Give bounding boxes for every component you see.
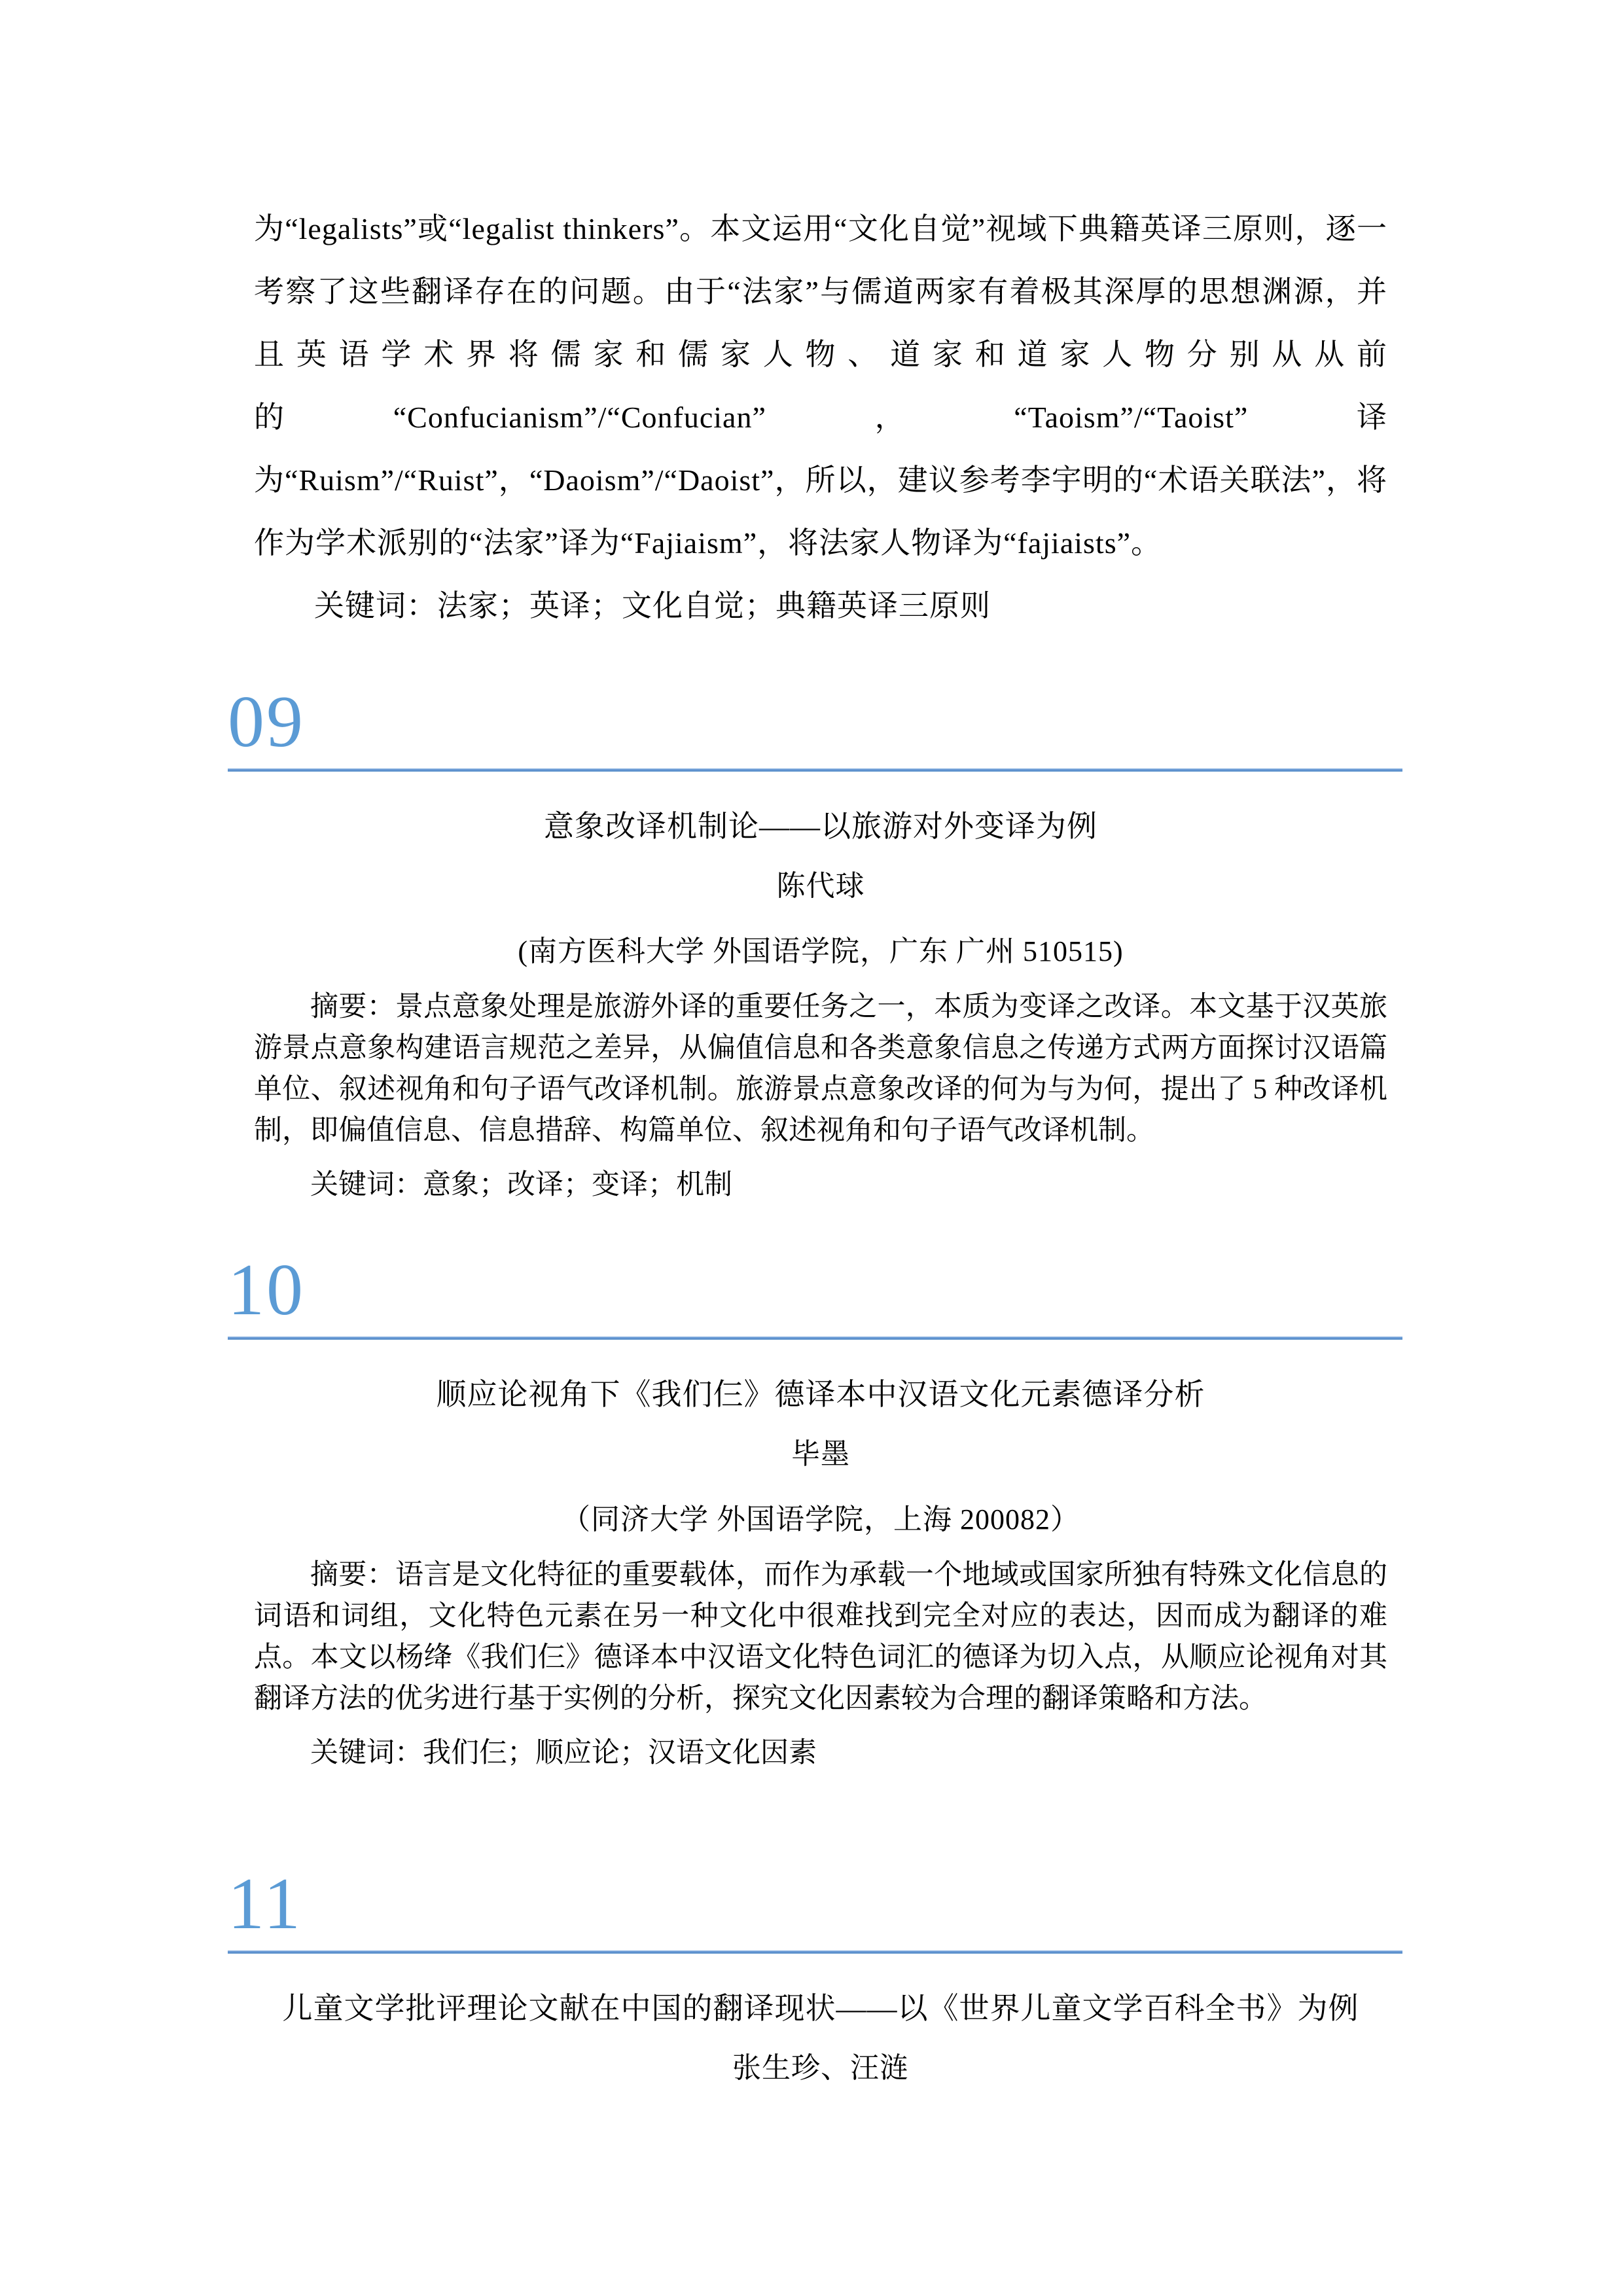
intro-paragraph: 为“legalists”或“legalist thinkers”。本文运用“文化… <box>254 198 1387 575</box>
entry-10: 10 顺应论视角下《我们仨》德译本中汉语文化元素德译分析 毕墨 （同济大学 外国… <box>228 1251 1402 1774</box>
entry-abstract: 摘要：景点意象处理是旅游外译的重要任务之一，本质为变译之改译。本文基于汉英旅游景… <box>254 986 1387 1151</box>
entry-title: 儿童文学批评理论文献在中国的翻译现状——以《世界儿童文学百科全书》为例 <box>254 1992 1387 2026</box>
entry-authors: 毕墨 <box>254 1438 1387 1471</box>
entry-keywords: 关键词：我们仨；顺应论；汉语文化因素 <box>254 1732 1387 1774</box>
section-rule <box>228 1950 1402 1954</box>
entry-authors: 陈代球 <box>254 870 1387 903</box>
section-number-10: 10 <box>228 1251 1402 1329</box>
entry-keywords: 关键词：意象；改译；变译；机制 <box>254 1164 1387 1206</box>
entry-abstract: 摘要：语言是文化特征的重要载体，而作为承载一个地域或国家所独有特殊文化信息的词语… <box>254 1554 1387 1719</box>
entry-authors: 张生珍、汪涟 <box>254 2052 1387 2085</box>
document-page: 为“legalists”或“legalist thinkers”。本文运用“文化… <box>0 0 1623 2296</box>
entry-affiliation: （同济大学 外国语学院，上海 200082） <box>254 1503 1387 1536</box>
entry-title: 意象改译机制论——以旅游对外变译为例 <box>254 810 1387 844</box>
entry-09: 09 意象改译机制论——以旅游对外变译为例 陈代球 (南方医科大学 外国语学院，… <box>228 683 1402 1206</box>
section-number-09: 09 <box>228 683 1402 761</box>
section-number-11: 11 <box>228 1865 1402 1943</box>
section-rule <box>228 768 1402 772</box>
page-content: 为“legalists”或“legalist thinkers”。本文运用“文化… <box>0 0 1623 2085</box>
intro-keywords: 关键词：法家；英译；文化自觉；典籍英译三原则 <box>254 575 1387 637</box>
entry-affiliation: (南方医科大学 外国语学院，广东 广州 510515) <box>254 935 1387 968</box>
section-rule <box>228 1336 1402 1340</box>
entry-11: 11 儿童文学批评理论文献在中国的翻译现状——以《世界儿童文学百科全书》为例 张… <box>228 1865 1402 2085</box>
entry-title: 顺应论视角下《我们仨》德译本中汉语文化元素德译分析 <box>254 1378 1387 1412</box>
